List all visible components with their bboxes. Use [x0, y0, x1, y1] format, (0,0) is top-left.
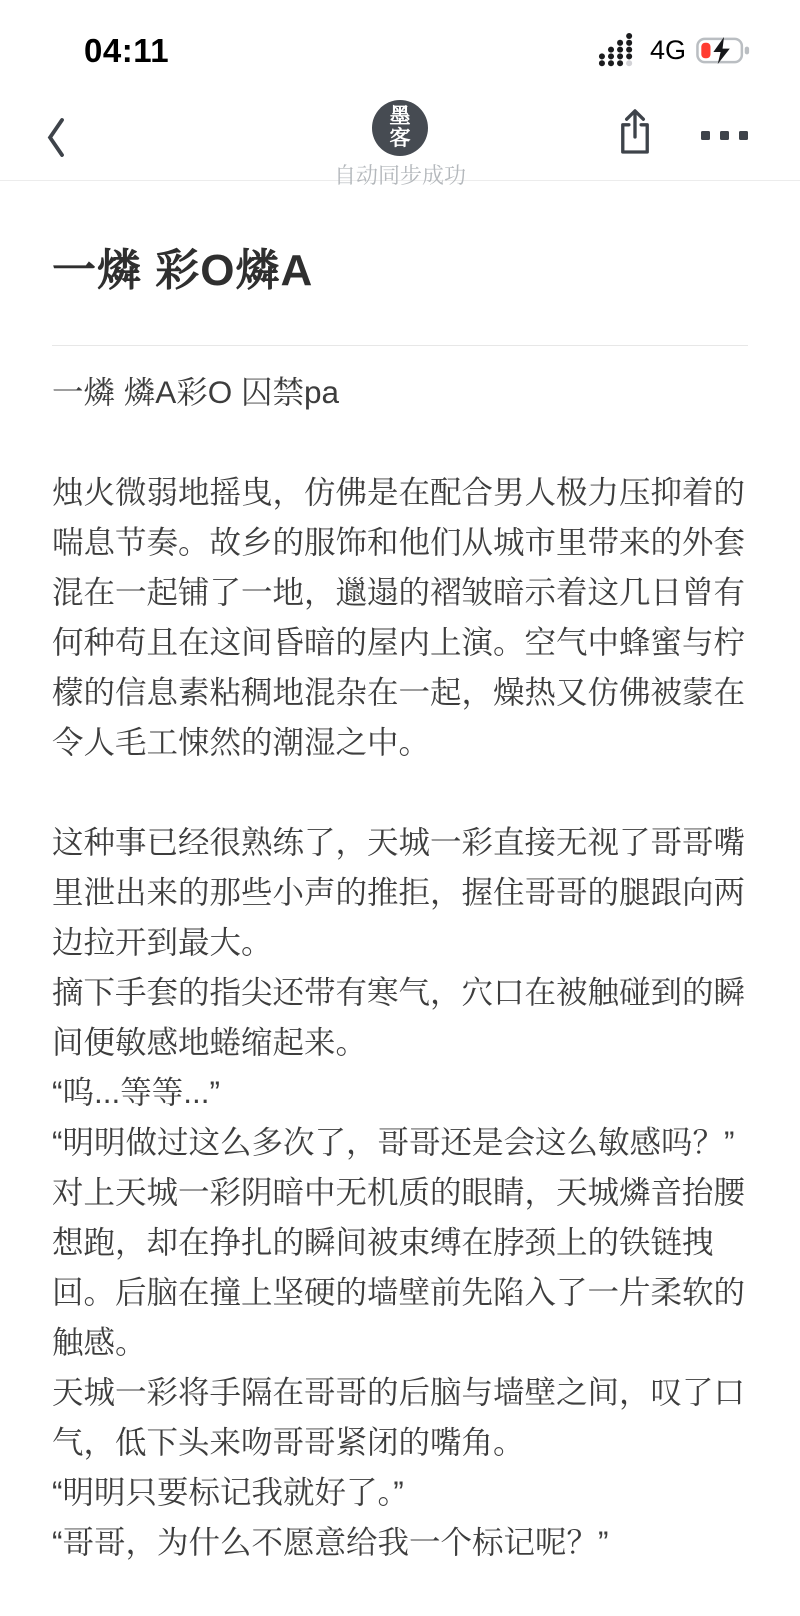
- document-view: 一燐 彩O燐A 一燐 燐A彩O 囚禁pa 烛火微弱地摇曳，仿佛是在配合男人极力压…: [0, 249, 800, 1567]
- text-line: 边拉开到最大。: [52, 917, 748, 967]
- text-line: 回。后脑在撞上坚硬的墙壁前先陷入了一片柔软的: [52, 1267, 748, 1317]
- text-line: 檬的信息素粘稠地混杂在一起，燥热又仿佛被蒙在: [52, 667, 748, 717]
- nav-bar: 墨 客 自动同步成功: [0, 90, 800, 181]
- text-line: 气，低下头来吻哥哥紧闭的嘴角。: [52, 1417, 748, 1467]
- text-line: 何种苟且在这间昏暗的屋内上演。空气中蜂蜜与柠: [52, 617, 748, 667]
- paragraph-block: 这种事已经很熟练了，天城一彩直接无视了哥哥嘴 里泄出来的那些小声的推拒，握住哥哥…: [52, 817, 748, 1567]
- text-line: 触感。: [52, 1317, 748, 1367]
- ellipsis-icon: [701, 131, 748, 140]
- nav-title-area: 墨 客 自动同步成功: [334, 100, 466, 190]
- more-options-button[interactable]: [701, 131, 748, 140]
- network-type-label: 4G: [650, 37, 686, 64]
- back-button[interactable]: [42, 116, 70, 162]
- share-button[interactable]: [615, 107, 655, 157]
- text-line: 对上天城一彩阴暗中无机质的眼睛，天城燐音抬腰: [52, 1167, 748, 1217]
- battery-charging-icon: [696, 36, 752, 65]
- document-title: 一燐 彩O燐A: [52, 249, 748, 293]
- text-line: 天城一彩将手隔在哥哥的后脑与墙壁之间，叹了口: [52, 1367, 748, 1417]
- text-line: 喘息节奏。故乡的服饰和他们从城市里带来的外套: [52, 517, 748, 567]
- subtitle-block: 一燐 燐A彩O 囚禁pa: [52, 367, 748, 417]
- back-chevron-icon: [45, 116, 67, 160]
- status-bar: 04:11 4G: [0, 0, 800, 90]
- text-line: “明明做过这么多次了，哥哥还是会这么敏感吗？”: [52, 1117, 748, 1167]
- app-logo: 墨 客: [372, 100, 428, 156]
- title-divider: [52, 345, 748, 346]
- sync-status-text: 自动同步成功: [334, 159, 466, 190]
- status-time: 04:11: [84, 32, 169, 70]
- share-icon: [615, 107, 655, 157]
- text-line: 摘下手套的指尖还带有寒气，穴口在被触碰到的瞬: [52, 967, 748, 1017]
- text-line: 混在一起铺了一地，邋遢的褶皱暗示着这几日曾有: [52, 567, 748, 617]
- text-line: “哥哥，为什么不愿意给我一个标记呢？”: [52, 1517, 748, 1567]
- logo-char-bottom: 客: [389, 128, 410, 150]
- text-line: 这种事已经很熟练了，天城一彩直接无视了哥哥嘴: [52, 817, 748, 867]
- text-line: 间便敏感地蜷缩起来。: [52, 1017, 748, 1067]
- text-line: 里泄出来的那些小声的推拒，握住哥哥的腿跟向两: [52, 867, 748, 917]
- text-line: “呜...等等...”: [52, 1067, 748, 1117]
- nav-actions: [615, 90, 748, 180]
- paragraph-block: 烛火微弱地摇曳，仿佛是在配合男人极力压抑着的 喘息节奏。故乡的服饰和他们从城市里…: [52, 467, 748, 767]
- text-line: “明明只要标记我就好了。”: [52, 1467, 748, 1517]
- text-line: 烛火微弱地摇曳，仿佛是在配合男人极力压抑着的: [52, 467, 748, 517]
- text-line: 令人毛工悚然的潮湿之中。: [52, 717, 748, 767]
- text-line: 想跑，却在挣扎的瞬间被束缚在脖颈上的铁链拽: [52, 1217, 748, 1267]
- logo-char-top: 墨: [389, 106, 410, 128]
- document-body: 一燐 燐A彩O 囚禁pa 烛火微弱地摇曳，仿佛是在配合男人极力压抑着的 喘息节奏…: [52, 367, 748, 1567]
- text-line: 一燐 燐A彩O 囚禁pa: [52, 367, 748, 417]
- cellular-signal-icon: [596, 33, 640, 67]
- status-indicators: 4G: [596, 33, 752, 67]
